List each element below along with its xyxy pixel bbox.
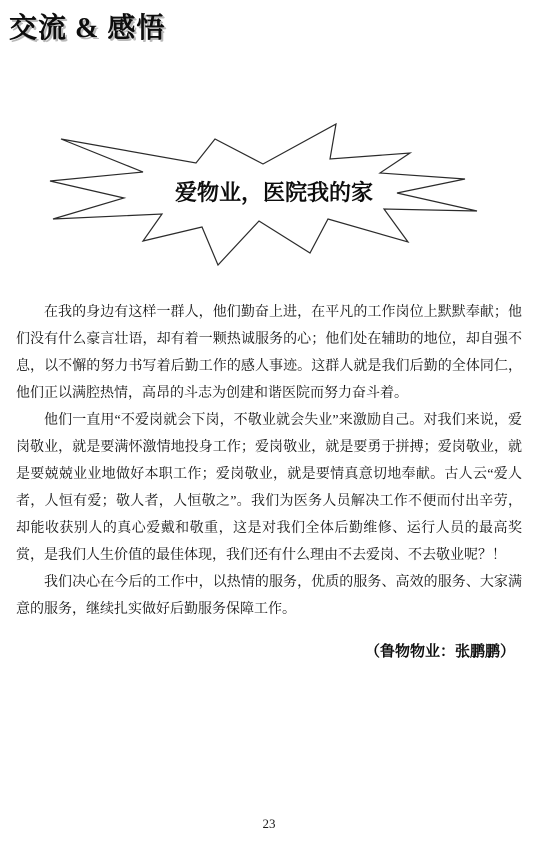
attribution: （鲁物物业：张鹏鹏）: [16, 639, 522, 666]
page-title: 交流 & 感悟: [9, 6, 165, 46]
burst-label: 爱物业，医院我的家: [44, 176, 494, 207]
document-page: 交流 & 感悟 爱物业，医院我的家 在我的身边有这样一群人，他们勤奋上进，在平凡…: [0, 0, 538, 849]
body-paragraph: 他们一直用“不爱岗就会下岗，不敬业就会失业”来激励自己。对我们来说，爱岗敬业，就…: [16, 407, 522, 569]
body-paragraph: 在我的身边有这样一群人，他们勤奋上进，在平凡的工作岗位上默默奉献；他们没有什么豪…: [16, 299, 522, 407]
page-number: 23: [0, 816, 538, 832]
starburst-callout: 爱物业，医院我的家: [44, 118, 494, 273]
body-text: 在我的身边有这样一群人，他们勤奋上进，在平凡的工作岗位上默默奉献；他们没有什么豪…: [16, 299, 522, 666]
body-paragraph: 我们决心在今后的工作中，以热情的服务，优质的服务、高效的服务、大家满意的服务，继…: [16, 569, 522, 623]
